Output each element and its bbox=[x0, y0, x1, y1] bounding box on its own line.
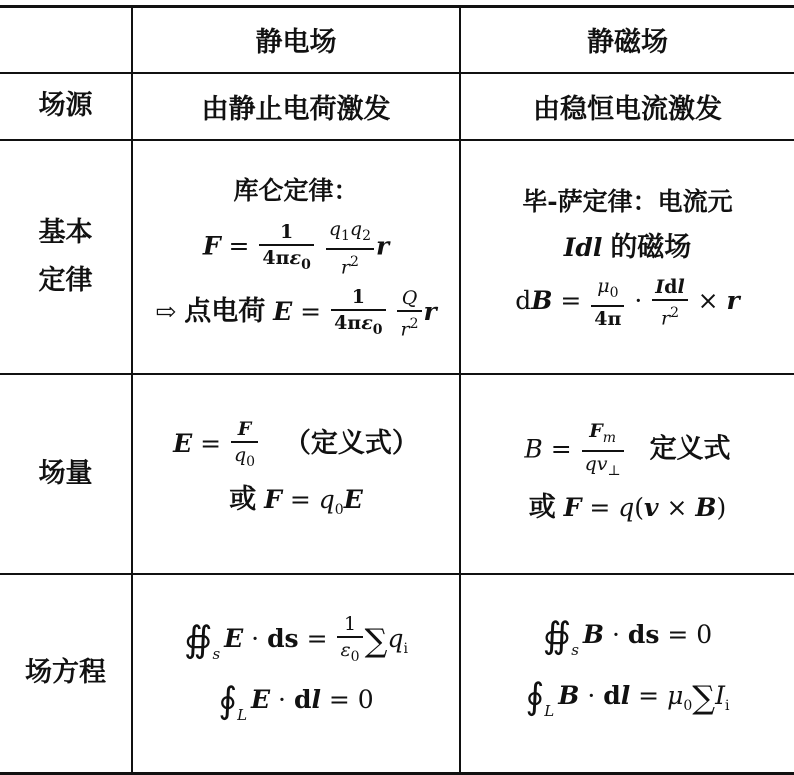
or-label: 或 bbox=[529, 492, 556, 523]
electric-field-quantity: E = Fq0 （定义式） 或 F = q0E bbox=[132, 374, 460, 574]
header-magnetostatic: 静磁场 bbox=[460, 7, 794, 73]
circulation-electric: ∮LE · dl = 0 bbox=[133, 680, 459, 735]
e-definition: E = Fq0 （定义式） bbox=[133, 417, 459, 474]
b-definition: B = Fmqv⊥ 定义式 bbox=[461, 419, 794, 483]
current-element-line: Idl 的磁场 bbox=[461, 228, 794, 268]
surface-integral-icon: ∯ bbox=[543, 616, 571, 657]
row-label-basic-law: 基本 定律 bbox=[0, 140, 132, 374]
line-integral-icon: ∮ bbox=[218, 680, 237, 721]
ampere-law: ∮LB · dl = μ0∑Ii bbox=[461, 676, 794, 731]
magnetic-field-quantity: B = Fmqv⊥ 定义式 或 F = q(v × B) bbox=[460, 374, 794, 574]
arrow-icon: ⇨ bbox=[155, 297, 176, 326]
electric-basic-law: 库仑定律： F = 14πε0 q1q2r2r ⇨ 点电荷 E = 14πε0 … bbox=[132, 140, 460, 374]
row-field-quantity: 场量 E = Fq0 （定义式） 或 F = q0E B = Fmqv⊥ 定义式… bbox=[0, 374, 794, 574]
row-label-field-equations: 场方程 bbox=[0, 574, 132, 774]
row-field-source: 场源 由静止电荷激发 由稳恒电流激发 bbox=[0, 73, 794, 140]
row-label-field-source: 场源 bbox=[0, 73, 132, 140]
gauss-law-magnetic: ∯sB · ds = 0 bbox=[461, 615, 794, 670]
current-element-var: Idl bbox=[564, 233, 603, 262]
biot-savart-title: 毕-萨定律：电流元 bbox=[461, 182, 794, 222]
coulomb-formula: F = 14πε0 q1q2r2r bbox=[133, 217, 459, 279]
magnetic-field-equations: ∯sB · ds = 0 ∮LB · dl = μ0∑Ii bbox=[460, 574, 794, 774]
lorentz-formula: 或 F = q(v × B) bbox=[461, 488, 794, 528]
header-electrostatic: 静电场 bbox=[132, 7, 460, 73]
point-charge-label: 点电荷 bbox=[184, 296, 265, 327]
surface-integral-icon: ∯ bbox=[184, 619, 212, 660]
magnetic-basic-law: 毕-萨定律：电流元 Idl 的磁场 dB = μ04π · Idlr2 × r bbox=[460, 140, 794, 374]
definition-note: 定义式 bbox=[650, 433, 731, 464]
current-element-text: 的磁场 bbox=[610, 232, 691, 263]
sum-icon: ∑ bbox=[692, 679, 715, 717]
header-row: 静电场 静磁场 bbox=[0, 7, 794, 73]
point-charge-formula: ⇨ 点电荷 E = 14πε0 Qr2r bbox=[133, 285, 459, 342]
label-line-1: 基本 bbox=[0, 209, 131, 257]
biot-savart-formula: dB = μ04π · Idlr2 × r bbox=[461, 274, 794, 331]
line-integral-icon: ∮ bbox=[526, 677, 545, 718]
row-field-equations: 场方程 ∯sE · ds = 1ε0∑qi ∮LE · dl = 0 ∯sB ·… bbox=[0, 574, 794, 774]
definition-note: （定义式） bbox=[284, 428, 419, 459]
gauss-law-electric: ∯sE · ds = 1ε0∑qi bbox=[133, 612, 459, 674]
comparison-table: 静电场 静磁场 场源 由静止电荷激发 由稳恒电流激发 基本 定律 库仑定律： F… bbox=[0, 5, 794, 775]
magnetic-source: 由稳恒电流激发 bbox=[460, 73, 794, 140]
or-label: 或 bbox=[229, 484, 256, 515]
e-force-formula: 或 F = q0E bbox=[133, 480, 459, 530]
row-basic-law: 基本 定律 库仑定律： F = 14πε0 q1q2r2r ⇨ 点电荷 E = … bbox=[0, 140, 794, 374]
coulomb-law-title: 库仑定律： bbox=[133, 171, 459, 211]
row-label-field-quantity: 场量 bbox=[0, 374, 132, 574]
electric-source: 由静止电荷激发 bbox=[132, 73, 460, 140]
electric-field-equations: ∯sE · ds = 1ε0∑qi ∮LE · dl = 0 bbox=[132, 574, 460, 774]
corner-cell bbox=[0, 7, 132, 73]
sum-icon: ∑ bbox=[365, 621, 388, 659]
label-line-2: 定律 bbox=[0, 257, 131, 305]
